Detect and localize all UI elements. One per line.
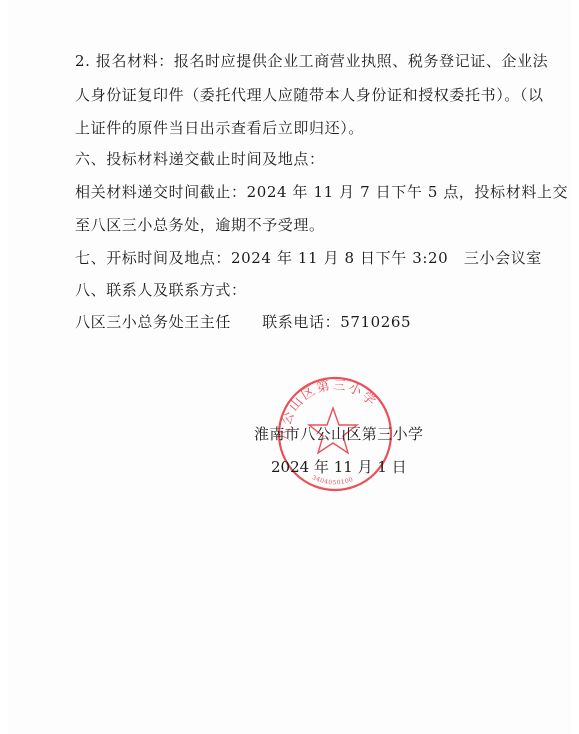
paragraph-contact-info: 八区三小总务处王主任 联系电话：5710265	[75, 313, 411, 331]
paragraph-submission-deadline-line-1: 相关材料递交时间截止：2024 年 11 月 7 日下午 5 点，投标材料上交	[75, 183, 568, 201]
paragraph-registration-materials-line-1: 2. 报名材料：报名时应提供企业工商营业执照、税务登记证、企业法	[75, 52, 548, 70]
paragraph-registration-materials-line-3: 上证件的原件当日出示查看后立即归还）。	[75, 119, 364, 137]
signature-organization: 淮南市八公山区第三小学	[254, 425, 423, 443]
section-heading-bid-opening: 七、开标时间及地点：2024 年 11 月 8 日下午 3:20 三小会议室	[75, 249, 542, 267]
section-heading-submission-deadline: 六、投标材料递交截止时间及地点：	[75, 150, 325, 168]
paragraph-submission-deadline-line-2: 至八区三小总务处，逾期不予受理。	[75, 216, 325, 234]
signature-date: 2024 年 11 月 1 日	[271, 458, 407, 476]
section-heading-contact: 八、联系人及联系方式：	[75, 281, 247, 299]
paragraph-registration-materials-line-2: 人身份证复印件（委托代理人应随带本人身份证和授权委托书）。（以	[75, 86, 544, 104]
document-page	[8, 0, 571, 734]
